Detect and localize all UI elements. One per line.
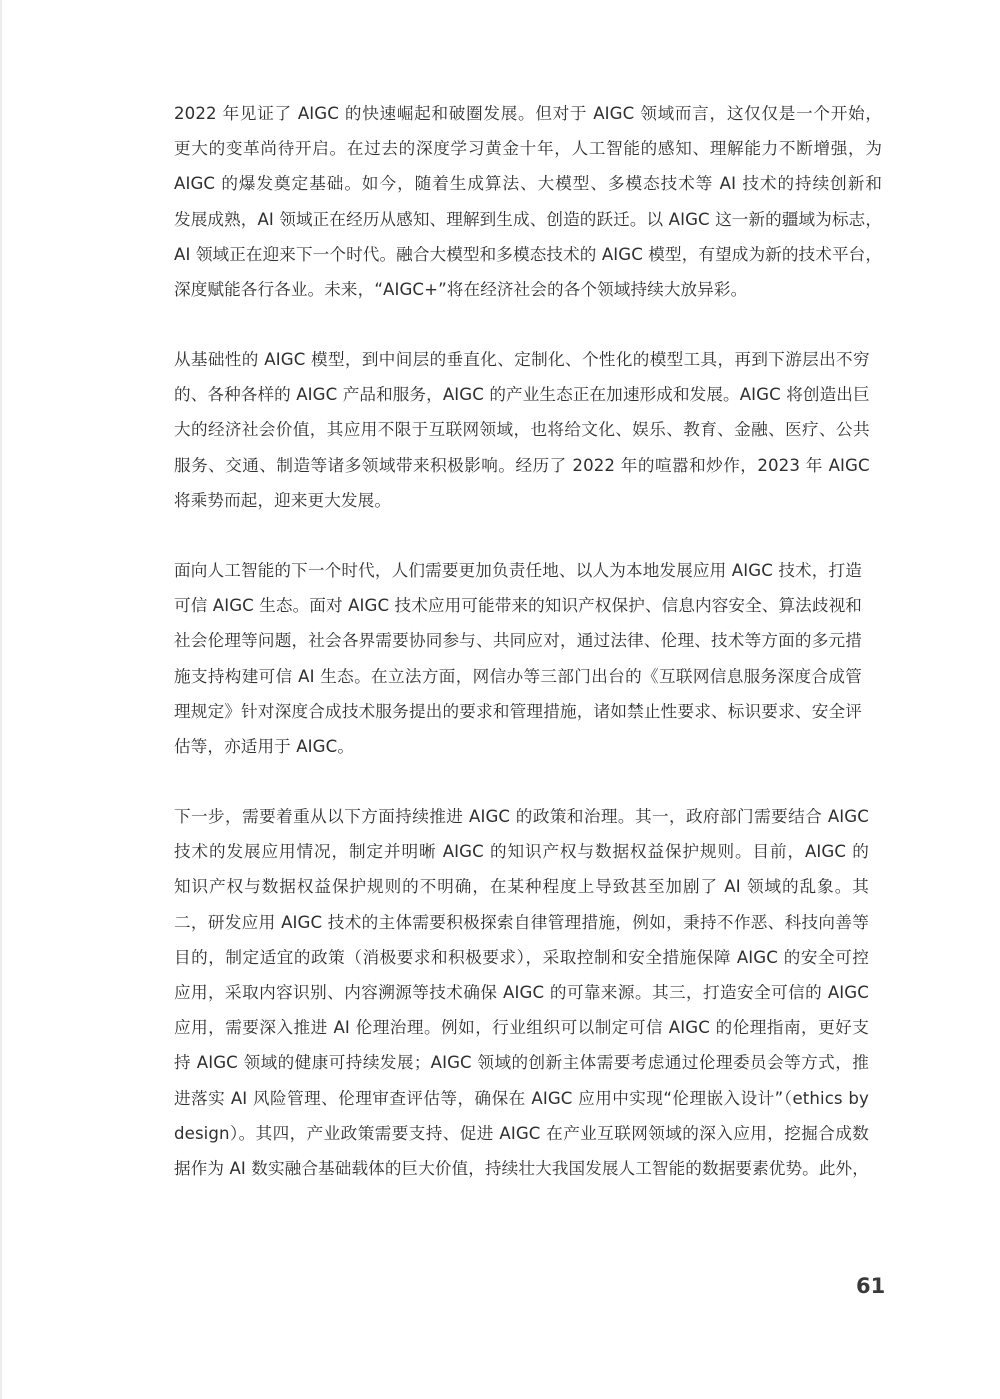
text-line: 进落实 AI 风险管理、伦理审查评估等，确保在 AIGC 应用中实现“伦理嵌入设… <box>174 1081 869 1116</box>
text-line: 下一步，需要着重从以下方面持续推进 AIGC 的政策和治理。其一，政府部门需要结… <box>174 799 869 834</box>
paragraph-4: 下一步，需要着重从以下方面持续推进 AIGC 的政策和治理。其一，政府部门需要结… <box>174 799 869 1186</box>
text-line: 技术的发展应用情况，制定并明晰 AIGC 的知识产权与数据权益保护规则。目前，A… <box>174 834 869 869</box>
text-line: 将乘势而起，迎来更大发展。 <box>174 483 870 518</box>
text-line: 施支持构建可信 AI 生态。在立法方面，网信办等三部门出台的《互联网信息服务深度… <box>174 659 862 694</box>
text-line: design）。其四，产业政策需要支持、促进 AIGC 在产业互联网领域的深入应… <box>174 1116 869 1151</box>
page-edge <box>0 0 2 1399</box>
text-line: 深度赋能各行各业。未来，“AIGC+”将在经济社会的各个领域持续大放异彩。 <box>174 272 882 307</box>
text-line: 知识产权与数据权益保护规则的不明确，在某种程度上导致甚至加剧了 AI 领域的乱象… <box>174 869 869 904</box>
text-line: 2022 年见证了 AIGC 的快速崛起和破圈发展。但对于 AIGC 领域而言，… <box>174 96 882 131</box>
text-line: 可信 AIGC 生态。面对 AIGC 技术应用可能带来的知识产权保护、信息内容安… <box>174 588 862 623</box>
text-line: 社会伦理等问题，社会各界需要协同参与、共同应对，通过法律、伦理、技术等方面的多元… <box>174 623 862 658</box>
text-line: 发展成熟，AI 领域正在经历从感知、理解到生成、创造的跃迁。以 AIGC 这一新… <box>174 202 882 237</box>
text-line: AIGC 的爆发奠定基础。如今，随着生成算法、大模型、多模态技术等 AI 技术的… <box>174 166 882 201</box>
text-line: 理规定》针对深度合成技术服务提出的要求和管理措施，诸如禁止性要求、标识要求、安全… <box>174 694 862 729</box>
text-line: 估等，亦适用于 AIGC。 <box>174 729 862 764</box>
paragraph-2: 从基础性的 AIGC 模型，到中间层的垂直化、定制化、个性化的模型工具，再到下游… <box>174 342 870 518</box>
text-line: 目的，制定适宜的政策（消极要求和积极要求），采取控制和安全措施保障 AIGC 的… <box>174 940 869 975</box>
text-line: 的、各种各样的 AIGC 产品和服务，AIGC 的产业生态正在加速形成和发展。A… <box>174 377 870 412</box>
text-line: 二，研发应用 AIGC 技术的主体需要积极探索自律管理措施，例如，秉持不作恶、科… <box>174 905 869 940</box>
paragraph-1: 2022 年见证了 AIGC 的快速崛起和破圈发展。但对于 AIGC 领域而言，… <box>174 96 882 307</box>
text-line: 大的经济社会价值，其应用不限于互联网领域，也将给文化、娱乐、教育、金融、医疗、公… <box>174 412 870 447</box>
text-line: 据作为 AI 数实融合基础载体的巨大价值，持续壮大我国发展人工智能的数据要素优势… <box>174 1151 869 1186</box>
text-line: 应用，采取内容识别、内容溯源等技术确保 AIGC 的可靠来源。其三，打造安全可信… <box>174 975 869 1010</box>
paragraph-3: 面向人工智能的下一个时代，人们需要更加负责任地、以人为本地发展应用 AIGC 技… <box>174 553 862 764</box>
page-number: 61 <box>856 1274 885 1298</box>
text-line: 应用，需要深入推进 AI 伦理治理。例如，行业组织可以制定可信 AIGC 的伦理… <box>174 1010 869 1045</box>
text-line: 从基础性的 AIGC 模型，到中间层的垂直化、定制化、个性化的模型工具，再到下游… <box>174 342 870 377</box>
text-line: 持 AIGC 领域的健康可持续发展；AIGC 领域的创新主体需要考虑通过伦理委员… <box>174 1045 869 1080</box>
text-line: 服务、交通、制造等诸多领域带来积极影响。经历了 2022 年的喧嚣和炒作，202… <box>174 448 870 483</box>
text-line: AI 领域正在迎来下一个时代。融合大模型和多模态技术的 AIGC 模型，有望成为… <box>174 237 882 272</box>
text-line: 更大的变革尚待开启。在过去的深度学习黄金十年，人工智能的感知、理解能力不断增强，… <box>174 131 882 166</box>
text-line: 面向人工智能的下一个时代，人们需要更加负责任地、以人为本地发展应用 AIGC 技… <box>174 553 862 588</box>
